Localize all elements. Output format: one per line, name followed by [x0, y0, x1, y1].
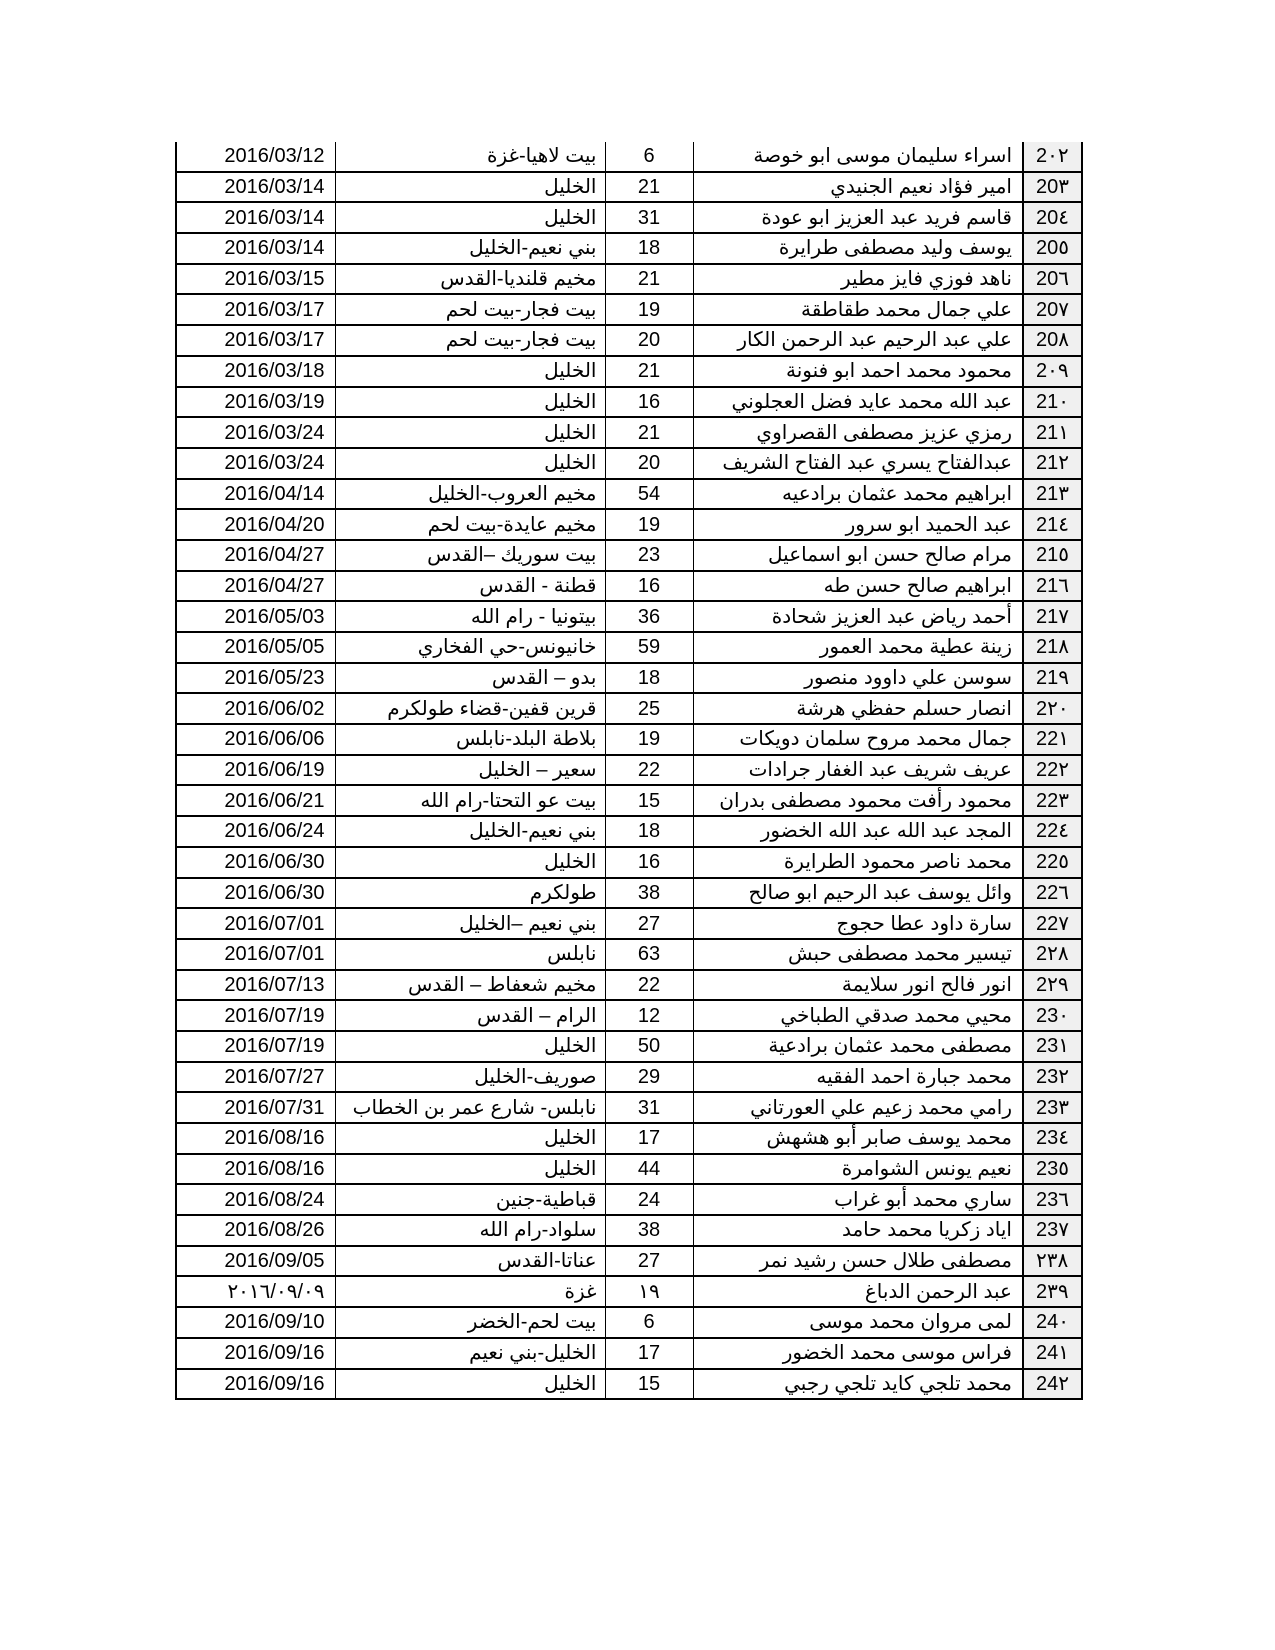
location-cell: بيت لاهيا-غزة: [335, 142, 605, 172]
name-cell: رمزي عزيز مصطفى القصراوي: [693, 417, 1023, 448]
date-cell: 2016/05/05: [176, 632, 335, 663]
row-number-cell: 22٢: [1023, 755, 1082, 786]
date-cell: 2016/05/23: [176, 663, 335, 694]
name-cell: عريف شريف عبد الغفار جرادات: [693, 755, 1023, 786]
row-number-cell: 23٢: [1023, 1062, 1082, 1093]
date-cell: 2016/09/16: [176, 1338, 335, 1369]
name-cell: سارة داود عطا حجوج: [693, 908, 1023, 939]
location-cell: بيت سوريك –القدس: [335, 540, 605, 571]
name-cell: علي عبد الرحيم عبد الرحمن الكار: [693, 325, 1023, 356]
age-cell: 18: [605, 663, 693, 694]
table-row: 2016/03/15مخيم قلنديا-القدس21ناهد فوزي ف…: [176, 264, 1082, 295]
table-row: 2016/08/24قباطية-جنين24ساري محمد أبو غرا…: [176, 1184, 1082, 1215]
name-cell: محمد تلجي كايد تلجي رجبي: [693, 1369, 1023, 1400]
age-cell: 17: [605, 1338, 693, 1369]
table-row: 2016/06/21بيت عو التحتا-رام الله15محمود …: [176, 785, 1082, 816]
name-cell: عبد الحميد ابو سرور: [693, 509, 1023, 540]
date-cell: 2016/07/13: [176, 970, 335, 1001]
age-cell: 21: [605, 417, 693, 448]
location-cell: بلاطة البلد-نابلس: [335, 724, 605, 755]
date-cell: 2016/03/24: [176, 417, 335, 448]
table-row: 2016/07/19الرام – القدس12محيي محمد صدقي …: [176, 1000, 1082, 1031]
location-cell: سعير – الخليل: [335, 755, 605, 786]
date-cell: 2016/04/27: [176, 571, 335, 602]
row-number-cell: 21٥: [1023, 540, 1082, 571]
date-cell: 2016/03/12: [176, 142, 335, 172]
table-row: 2016/06/02قرين قفين-قضاء طولكرم25انصار ح…: [176, 693, 1082, 724]
row-number-cell: 23٤: [1023, 1123, 1082, 1154]
row-number-cell: 23١: [1023, 1031, 1082, 1062]
name-cell: محمد جبارة احمد الفقيه: [693, 1062, 1023, 1093]
row-number-cell: 21٠: [1023, 387, 1082, 418]
table-row: 2016/03/17بيت فجار-بيت لحم20علي عبد الرح…: [176, 325, 1082, 356]
name-cell: ناهد فوزي فايز مطير: [693, 264, 1023, 295]
location-cell: قطنة - القدس: [335, 571, 605, 602]
age-cell: 12: [605, 1000, 693, 1031]
age-cell: 54: [605, 479, 693, 510]
table-row: 2016/08/26سلواد-رام الله38اياد زكريا محم…: [176, 1215, 1082, 1246]
date-cell: 2016/03/14: [176, 202, 335, 233]
date-cell: 2016/03/17: [176, 325, 335, 356]
name-cell: عبدالفتاح يسري عبد الفتاح الشريف: [693, 448, 1023, 479]
row-number-cell: 23٣: [1023, 1092, 1082, 1123]
table-row: 2016/08/16الخليل44نعيم يونس الشوامرة23٥: [176, 1154, 1082, 1185]
age-cell: 31: [605, 1092, 693, 1123]
age-cell: ١٩: [605, 1276, 693, 1307]
location-cell: بدو – القدس: [335, 663, 605, 694]
age-cell: 15: [605, 1369, 693, 1400]
date-cell: 2016/09/16: [176, 1369, 335, 1400]
row-number-cell: 2٢٨: [1023, 939, 1082, 970]
table-row: 2016/09/05عناتا-القدس27مصطفى طلال حسن رش…: [176, 1246, 1082, 1277]
age-cell: 20: [605, 448, 693, 479]
row-number-cell: 22٧: [1023, 908, 1082, 939]
name-cell: يوسف وليد مصطفى طرايرة: [693, 233, 1023, 264]
table-row: 2016/03/14الخليل31قاسم فريد عبد العزيز ا…: [176, 202, 1082, 233]
date-cell: 2016/04/27: [176, 540, 335, 571]
table-row: 2016/09/10بيت لحم-الخضر6لمى مروان محمد م…: [176, 1307, 1082, 1338]
table-row: 2016/05/03بيتونيا - رام الله36أحمد رياض …: [176, 601, 1082, 632]
location-cell: بني نعيم-الخليل: [335, 816, 605, 847]
age-cell: 21: [605, 172, 693, 203]
date-cell: 2016/03/14: [176, 233, 335, 264]
age-cell: 27: [605, 908, 693, 939]
age-cell: 17: [605, 1123, 693, 1154]
age-cell: 36: [605, 601, 693, 632]
location-cell: الخليل: [335, 1369, 605, 1400]
age-cell: 23: [605, 540, 693, 571]
age-cell: 27: [605, 1246, 693, 1277]
age-cell: 25: [605, 693, 693, 724]
row-number-cell: 23٧: [1023, 1215, 1082, 1246]
location-cell: الخليل: [335, 202, 605, 233]
date-cell: 2016/07/19: [176, 1000, 335, 1031]
age-cell: 18: [605, 816, 693, 847]
row-number-cell: 20٦: [1023, 264, 1082, 295]
name-cell: مصطفى طلال حسن رشيد نمر: [693, 1246, 1023, 1277]
table-row: 2016/04/14مخيم العروب-الخليل54ابراهيم مح…: [176, 479, 1082, 510]
age-cell: 16: [605, 571, 693, 602]
date-cell: 2016/06/21: [176, 785, 335, 816]
row-number-cell: 22١: [1023, 724, 1082, 755]
location-cell: عناتا-القدس: [335, 1246, 605, 1277]
table-row: 2016/06/30الخليل16محمد ناصر محمود الطراي…: [176, 847, 1082, 878]
table-row: 2016/07/19الخليل50مصطفى محمد عثمان برادع…: [176, 1031, 1082, 1062]
name-cell: امير فؤاد نعيم الجنيدي: [693, 172, 1023, 203]
age-cell: 50: [605, 1031, 693, 1062]
row-number-cell: 23٦: [1023, 1184, 1082, 1215]
location-cell: قرين قفين-قضاء طولكرم: [335, 693, 605, 724]
table-row: 2016/06/19سعير – الخليل22عريف شريف عبد ا…: [176, 755, 1082, 786]
table-row: 2016/03/19الخليل16عبد الله محمد عايد فضل…: [176, 387, 1082, 418]
date-cell: 2016/03/19: [176, 387, 335, 418]
name-cell: وائل يوسف عبد الرحيم ابو صالح: [693, 878, 1023, 909]
location-cell: مخيم قلنديا-القدس: [335, 264, 605, 295]
name-cell: ابراهيم صالح حسن طه: [693, 571, 1023, 602]
date-cell: 2016/07/01: [176, 939, 335, 970]
age-cell: 22: [605, 970, 693, 1001]
row-number-cell: 21٧: [1023, 601, 1082, 632]
table-row: 2016/06/24بني نعيم-الخليل18المجد عبد الل…: [176, 816, 1082, 847]
age-cell: 63: [605, 939, 693, 970]
table-row: 2016/03/14بني نعيم-الخليل18يوسف وليد مصط…: [176, 233, 1082, 264]
name-cell: مرام صالح حسن ابو اسماعيل: [693, 540, 1023, 571]
date-cell: 2016/04/20: [176, 509, 335, 540]
location-cell: بني نعيم –الخليل: [335, 908, 605, 939]
age-cell: 6: [605, 142, 693, 172]
date-cell: 2016/03/24: [176, 448, 335, 479]
table-row: 2016/07/27صوريف-الخليل29محمد جبارة احمد …: [176, 1062, 1082, 1093]
row-number-cell: 20٣: [1023, 172, 1082, 203]
age-cell: 21: [605, 264, 693, 295]
age-cell: 24: [605, 1184, 693, 1215]
date-cell: 2016/06/24: [176, 816, 335, 847]
table-row: 2016/03/24الخليل21رمزي عزيز مصطفى القصرا…: [176, 417, 1082, 448]
date-cell: 2016/06/30: [176, 847, 335, 878]
row-number-cell: 21٦: [1023, 571, 1082, 602]
location-cell: نابلس- شارع عمر بن الخطاب: [335, 1092, 605, 1123]
row-number-cell: 24٠: [1023, 1307, 1082, 1338]
row-number-cell: 2٢٩: [1023, 970, 1082, 1001]
date-cell: 2016/09/05: [176, 1246, 335, 1277]
location-cell: بني نعيم-الخليل: [335, 233, 605, 264]
date-cell: 2016/04/14: [176, 479, 335, 510]
location-cell: الخليل: [335, 1123, 605, 1154]
age-cell: 16: [605, 847, 693, 878]
age-cell: 31: [605, 202, 693, 233]
table-row: 2016/04/27قطنة - القدس16ابراهيم صالح حسن…: [176, 571, 1082, 602]
row-number-cell: 20٨: [1023, 325, 1082, 356]
location-cell: الخليل: [335, 356, 605, 387]
table-row: 2016/04/27بيت سوريك –القدس23مرام صالح حس…: [176, 540, 1082, 571]
name-cell: فراس موسى محمد الخضور: [693, 1338, 1023, 1369]
age-cell: 18: [605, 233, 693, 264]
name-cell: محيي محمد صدقي الطباخي: [693, 1000, 1023, 1031]
row-number-cell: 2٠٩: [1023, 356, 1082, 387]
row-number-cell: 20٤: [1023, 202, 1082, 233]
table-row: 2016/07/01بني نعيم –الخليل27سارة داود عط…: [176, 908, 1082, 939]
name-cell: محمد ناصر محمود الطرايرة: [693, 847, 1023, 878]
row-number-cell: 23٠: [1023, 1000, 1082, 1031]
location-cell: الخليل: [335, 1031, 605, 1062]
records-table: 2016/03/12بيت لاهيا-غزة6اسراء سليمان موس…: [175, 142, 1083, 1400]
age-cell: 38: [605, 878, 693, 909]
row-number-cell: 22٤: [1023, 816, 1082, 847]
location-cell: الخليل: [335, 417, 605, 448]
row-number-cell: 21٨: [1023, 632, 1082, 663]
location-cell: صوريف-الخليل: [335, 1062, 605, 1093]
name-cell: انصار حسلم حفظي هرشة: [693, 693, 1023, 724]
name-cell: لمى مروان محمد موسى: [693, 1307, 1023, 1338]
name-cell: نعيم يونس الشوامرة: [693, 1154, 1023, 1185]
date-cell: 2016/08/16: [176, 1154, 335, 1185]
name-cell: سوسن علي داوود منصور: [693, 663, 1023, 694]
table-row: 2016/07/31نابلس- شارع عمر بن الخطاب31رام…: [176, 1092, 1082, 1123]
row-number-cell: 21٩: [1023, 663, 1082, 694]
name-cell: اسراء سليمان موسى ابو خوصة: [693, 142, 1023, 172]
name-cell: محمود رأفت محمود مصطفى بدران: [693, 785, 1023, 816]
records-table-body: 2016/03/12بيت لاهيا-غزة6اسراء سليمان موس…: [176, 142, 1082, 1399]
table-row: 2016/09/16الخليل-بني نعيم17فراس موسى محم…: [176, 1338, 1082, 1369]
location-cell: بيت فجار-بيت لحم: [335, 294, 605, 325]
location-cell: مخيم شعفاط – القدس: [335, 970, 605, 1001]
location-cell: طولكرم: [335, 878, 605, 909]
date-cell: 2016/08/26: [176, 1215, 335, 1246]
row-number-cell: ٢٣٨: [1023, 1246, 1082, 1277]
table-row: 2016/03/17بيت فجار-بيت لحم19علي جمال محم…: [176, 294, 1082, 325]
name-cell: اياد زكريا محمد حامد: [693, 1215, 1023, 1246]
document-page: 2016/03/12بيت لاهيا-غزة6اسراء سليمان موس…: [0, 0, 1275, 1650]
location-cell: الخليل: [335, 387, 605, 418]
name-cell: جمال محمد مروح سلمان دويكات: [693, 724, 1023, 755]
table-row: 2016/05/05خانيونس-حي الفخاري59زينة عطية …: [176, 632, 1082, 663]
age-cell: 19: [605, 509, 693, 540]
name-cell: عبد الرحمن الدباغ: [693, 1276, 1023, 1307]
location-cell: بيت عو التحتا-رام الله: [335, 785, 605, 816]
location-cell: الخليل: [335, 1154, 605, 1185]
date-cell: 2016/07/27: [176, 1062, 335, 1093]
date-cell: 2016/07/31: [176, 1092, 335, 1123]
date-cell: 2016/03/14: [176, 172, 335, 203]
name-cell: المجد عبد الله عبد الله الخضور: [693, 816, 1023, 847]
row-number-cell: 24٢: [1023, 1369, 1082, 1400]
table-row: 2016/03/24الخليل20عبدالفتاح يسري عبد الف…: [176, 448, 1082, 479]
name-cell: مصطفى محمد عثمان برادعية: [693, 1031, 1023, 1062]
row-number-cell: 21٤: [1023, 509, 1082, 540]
name-cell: أحمد رياض عبد العزيز شحادة: [693, 601, 1023, 632]
date-cell: 2016/08/24: [176, 1184, 335, 1215]
date-cell: 2016/07/19: [176, 1031, 335, 1062]
row-number-cell: 2٠٢: [1023, 142, 1082, 172]
age-cell: 19: [605, 724, 693, 755]
date-cell: 2016/07/01: [176, 908, 335, 939]
table-row: 2016/07/13مخيم شعفاط – القدس22انور فالح …: [176, 970, 1082, 1001]
table-row: ٢٠١٦/٠٩/٠٩غزة١٩عبد الرحمن الدباغ2٣٩: [176, 1276, 1082, 1307]
table-row: 2016/03/18الخليل21محمود محمد احمد ابو فن…: [176, 356, 1082, 387]
location-cell: الرام – القدس: [335, 1000, 605, 1031]
age-cell: 6: [605, 1307, 693, 1338]
row-number-cell: 21٣: [1023, 479, 1082, 510]
date-cell: 2016/06/30: [176, 878, 335, 909]
table-row: 2016/03/12بيت لاهيا-غزة6اسراء سليمان موس…: [176, 142, 1082, 172]
table-row: 2016/07/01نابلس63تيسير محمد مصطفى حبش2٢٨: [176, 939, 1082, 970]
date-cell: 2016/05/03: [176, 601, 335, 632]
age-cell: 59: [605, 632, 693, 663]
table-row: 2016/06/06بلاطة البلد-نابلس19جمال محمد م…: [176, 724, 1082, 755]
date-cell: 2016/08/16: [176, 1123, 335, 1154]
age-cell: 44: [605, 1154, 693, 1185]
location-cell: الخليل-بني نعيم: [335, 1338, 605, 1369]
age-cell: 16: [605, 387, 693, 418]
table-row: 2016/06/30طولكرم38وائل يوسف عبد الرحيم ا…: [176, 878, 1082, 909]
location-cell: الخليل: [335, 172, 605, 203]
row-number-cell: 22٣: [1023, 785, 1082, 816]
name-cell: تيسير محمد مصطفى حبش: [693, 939, 1023, 970]
name-cell: عبد الله محمد عايد فضل العجلوني: [693, 387, 1023, 418]
name-cell: رامي محمد زعيم علي العورتاني: [693, 1092, 1023, 1123]
name-cell: انور فالح انور سلايمة: [693, 970, 1023, 1001]
table-row: 2016/09/16الخليل15محمد تلجي كايد تلجي رج…: [176, 1369, 1082, 1400]
table-row: 2016/08/16الخليل17محمد يوسف صابر أبو هشه…: [176, 1123, 1082, 1154]
row-number-cell: 20٥: [1023, 233, 1082, 264]
age-cell: 15: [605, 785, 693, 816]
age-cell: 19: [605, 294, 693, 325]
location-cell: الخليل: [335, 448, 605, 479]
age-cell: 22: [605, 755, 693, 786]
location-cell: سلواد-رام الله: [335, 1215, 605, 1246]
name-cell: ابراهيم محمد عثمان برادعيه: [693, 479, 1023, 510]
location-cell: قباطية-جنين: [335, 1184, 605, 1215]
location-cell: الخليل: [335, 847, 605, 878]
location-cell: بيتونيا - رام الله: [335, 601, 605, 632]
date-cell: 2016/03/15: [176, 264, 335, 295]
name-cell: علي جمال محمد طقاطقة: [693, 294, 1023, 325]
date-cell: 2016/06/06: [176, 724, 335, 755]
name-cell: قاسم فريد عبد العزيز ابو عودة: [693, 202, 1023, 233]
table-row: 2016/03/14الخليل21امير فؤاد نعيم الجنيدي…: [176, 172, 1082, 203]
date-cell: 2016/06/19: [176, 755, 335, 786]
name-cell: زينة عطية محمد العمور: [693, 632, 1023, 663]
row-number-cell: 22٥: [1023, 847, 1082, 878]
location-cell: مخيم العروب-الخليل: [335, 479, 605, 510]
row-number-cell: 22٦: [1023, 878, 1082, 909]
location-cell: مخيم عايدة-بيت لحم: [335, 509, 605, 540]
row-number-cell: 2٢٠: [1023, 693, 1082, 724]
name-cell: محمود محمد احمد ابو فنونة: [693, 356, 1023, 387]
table-row: 2016/05/23بدو – القدس18سوسن علي داوود من…: [176, 663, 1082, 694]
location-cell: خانيونس-حي الفخاري: [335, 632, 605, 663]
name-cell: ساري محمد أبو غراب: [693, 1184, 1023, 1215]
row-number-cell: 24١: [1023, 1338, 1082, 1369]
date-cell: 2016/03/17: [176, 294, 335, 325]
date-cell: 2016/06/02: [176, 693, 335, 724]
date-cell: ٢٠١٦/٠٩/٠٩: [176, 1276, 335, 1307]
age-cell: 29: [605, 1062, 693, 1093]
location-cell: نابلس: [335, 939, 605, 970]
name-cell: محمد يوسف صابر أبو هشهش: [693, 1123, 1023, 1154]
row-number-cell: 21٢: [1023, 448, 1082, 479]
date-cell: 2016/03/18: [176, 356, 335, 387]
row-number-cell: 20٧: [1023, 294, 1082, 325]
age-cell: 20: [605, 325, 693, 356]
age-cell: 21: [605, 356, 693, 387]
row-number-cell: 2٣٩: [1023, 1276, 1082, 1307]
location-cell: غزة: [335, 1276, 605, 1307]
date-cell: 2016/09/10: [176, 1307, 335, 1338]
age-cell: 38: [605, 1215, 693, 1246]
row-number-cell: 23٥: [1023, 1154, 1082, 1185]
location-cell: بيت فجار-بيت لحم: [335, 325, 605, 356]
table-row: 2016/04/20مخيم عايدة-بيت لحم19عبد الحميد…: [176, 509, 1082, 540]
row-number-cell: 21١: [1023, 417, 1082, 448]
location-cell: بيت لحم-الخضر: [335, 1307, 605, 1338]
